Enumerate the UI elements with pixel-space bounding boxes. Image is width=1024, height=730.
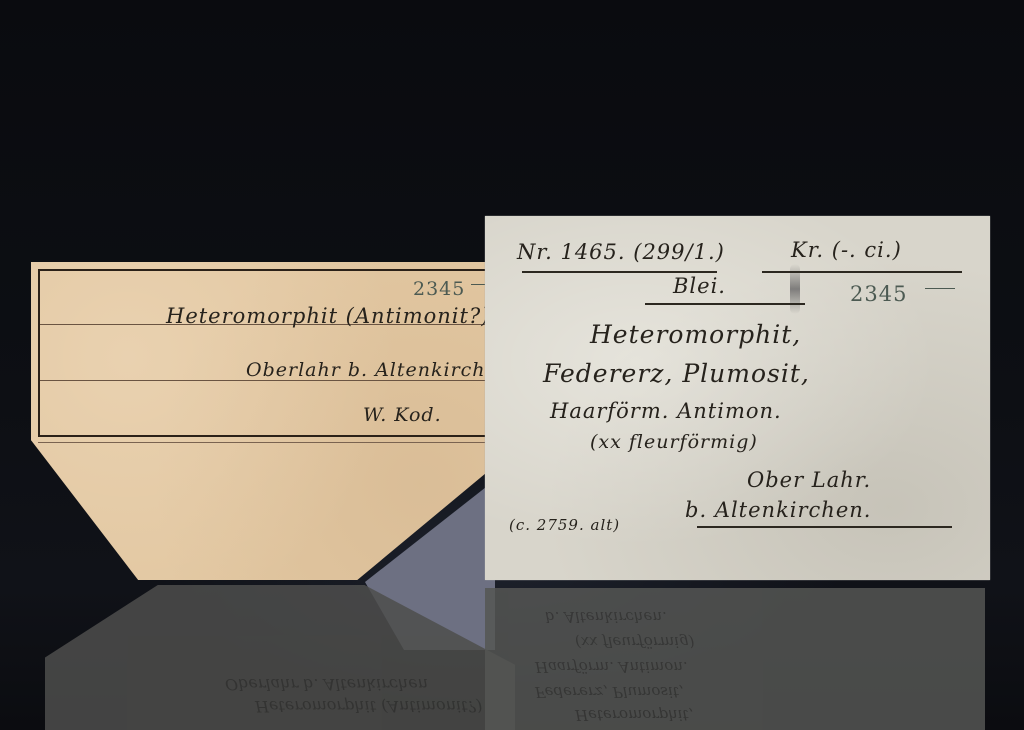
category-underline <box>645 303 805 305</box>
right-label-line2: Federerz, Plumosit, <box>543 359 810 388</box>
left-label-collector: W. Kod. <box>363 404 442 426</box>
reflected-text: Heteromorphit (Antimonit?) <box>255 697 482 716</box>
reflected-text: Haarförm. Antimon. <box>535 658 688 676</box>
reflected-text: Federerz, Plumosit, <box>535 683 684 701</box>
right-label-locality1: Ober Lahr. <box>747 468 871 492</box>
reflected-text: Heteromorphit, <box>575 706 693 724</box>
right-label-line3: Haarförm. Antimon. <box>550 399 782 423</box>
reflected-text: (xx fleurförmig) <box>575 633 694 651</box>
left-label-bottom-rule <box>38 442 510 443</box>
reflected-text: b. Altenkirchen. <box>545 608 667 626</box>
catalog-number-dash <box>925 288 955 289</box>
right-label-line4: (xx fleurförmig) <box>590 431 758 453</box>
right-label-reflection: b. Altenkirchen. (xx fleurförmig) Haarfö… <box>485 588 985 730</box>
reflected-text: Oberlahr b. Altenkirchen <box>225 675 428 694</box>
left-specimen-label: 2345 Heteromorphit (Antimonit?) Oberlahr… <box>31 262 518 580</box>
right-label-line1: Heteromorphit, <box>590 320 801 349</box>
locality-underline <box>697 526 952 528</box>
left-label-mineral-name: Heteromorphit (Antimonit?) <box>166 304 490 328</box>
right-specimen-label: Nr. 1465. (299/1.) Kr. (-. ci.) Blei. 23… <box>485 216 990 580</box>
right-label-footnote: (c. 2759. alt) <box>509 516 620 534</box>
header-underline-right <box>762 271 962 273</box>
header-underline-left <box>522 271 717 273</box>
right-label-locality2: b. Altenkirchen. <box>685 498 871 522</box>
right-label-number: Nr. 1465. (299/1.) <box>517 240 725 264</box>
right-label-catalog-number: 2345 <box>850 282 907 306</box>
left-label-catalog-number: 2345 <box>413 278 465 300</box>
right-label-crystal-class: Kr. (-. ci.) <box>791 238 902 262</box>
right-label-category: Blei. <box>673 274 726 298</box>
left-label-locality: Oberlahr b. Altenkirchen <box>246 359 511 381</box>
